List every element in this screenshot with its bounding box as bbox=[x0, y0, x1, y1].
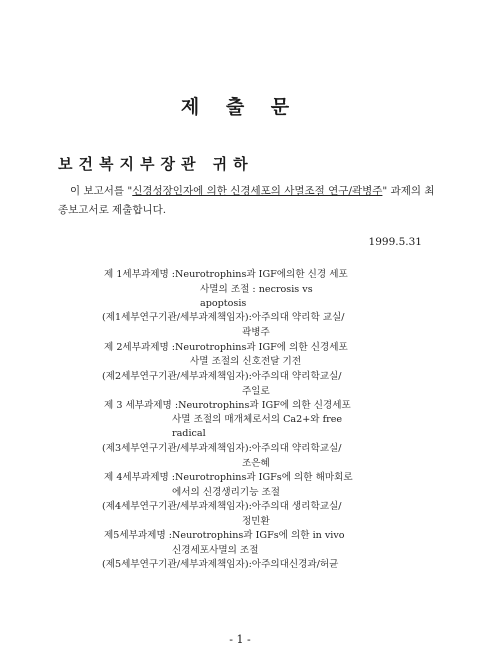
subproject-4-org: (제4세부연구기관/세부과제책임자):아주의대 생리학교실/ bbox=[102, 499, 342, 514]
intro-line-2: 종보고서로 제출합니다. bbox=[58, 202, 166, 217]
intro-line-1: 이 보고서를 "신경성장인자에 의한 신경세포의 사멸조절 연구/곽병주" 과제… bbox=[70, 183, 435, 198]
subproject-4-lead: 정민환 bbox=[242, 514, 270, 529]
subproject-1-title: 제 1세부과제명 :Neurotrophins과 IGF에의한 신경 세포 bbox=[104, 267, 348, 282]
subproject-5-org: (제5세부연구기관/세부과제책임자):아주의대신경과/허균 bbox=[102, 557, 338, 572]
subproject-4-title: 제 4세부과제명 :Neurotrophins과 IGFs에 의한 해마회로 bbox=[104, 470, 353, 485]
subproject-3-title-cont: 사멸 조절의 매개체로서의 Ca2+와 free bbox=[172, 412, 342, 427]
addressee: 보건복지부장관 귀하 bbox=[58, 153, 254, 174]
intro-prefix: 이 보고서를 " bbox=[70, 185, 132, 197]
intro-suffix: " 과제의 최 bbox=[382, 185, 434, 197]
subproject-1-title-cont2: apoptosis bbox=[200, 296, 246, 311]
subproject-2-title-cont: 사멸 조절의 신호전달 기전 bbox=[190, 354, 301, 369]
subproject-3-lead: 조은혜 bbox=[242, 456, 270, 471]
subproject-2-org: (제2세부연구기관/세부과제책임자):아주의대 약리학교실/ bbox=[102, 369, 342, 384]
subproject-2-lead: 주일로 bbox=[242, 384, 270, 399]
document-title: 제 출 문 bbox=[0, 92, 480, 119]
subproject-2-title: 제 2세부과제명 :Neurotrophins과 IGF에 의한 신경세포 bbox=[104, 340, 348, 355]
submission-date: 1999.5.31 bbox=[369, 236, 422, 248]
project-title: 신경성장인자에 의한 신경세포의 사멸조절 연구/곽병주 bbox=[132, 185, 382, 197]
subproject-5-title-cont: 신경세포사멸의 조절 bbox=[172, 543, 258, 558]
subproject-1-org: (제1세부연구기관/세부과제책임자):아주의대 약리학 교실/ bbox=[102, 310, 345, 325]
subproject-5-title: 제5세부과제명 :Neurotrophins과 IGFs에 의한 in vivo bbox=[104, 528, 345, 543]
subproject-3-title-cont2: radical bbox=[172, 426, 206, 441]
subproject-1-lead: 곽병주 bbox=[242, 325, 270, 340]
subproject-3-title: 제 3 세부과제명 :Neurotrophins과 IGF에 의한 신경세포 bbox=[104, 398, 351, 413]
subproject-1-title-cont: 사멸의 조절 : necrosis vs bbox=[200, 282, 313, 297]
page-number: - 1 - bbox=[0, 633, 480, 646]
subproject-4-title-cont: 에서의 신경생리기능 조절 bbox=[172, 485, 280, 500]
subproject-3-org: (제3세부연구기관/세부과제책임자):아주의대 약리학교실/ bbox=[102, 441, 342, 456]
